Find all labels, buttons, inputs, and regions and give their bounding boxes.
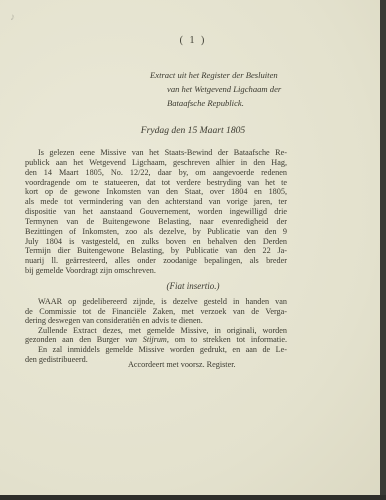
text-line: dering deswegen van consideratiën en adv…	[25, 316, 287, 326]
text-line: de Commissie tot de Financiële Zaken, me…	[25, 307, 287, 317]
text-line: kort op de gewone Inkomsten van den Staa…	[25, 187, 287, 197]
text-line: voordragende om te statueeren, dat tot v…	[25, 178, 287, 188]
text-line: den 14 Maart 1805, No. 12/22, daar by, o…	[25, 168, 287, 178]
text-line: nuarij ll. geärresteerd, alles onder zoo…	[25, 256, 287, 266]
text-line: WAAR op gedelibereerd zijnde, is dezelve…	[25, 297, 287, 307]
text-line: July 1804 is vastgesteld, en zulks boven…	[25, 237, 287, 247]
fiat-insertio: (Fiat insertio.)	[0, 281, 386, 291]
heading-line: van het Wetgevend Ligchaam der	[150, 82, 330, 96]
text-line: als mede tot vermindering van den achter…	[25, 197, 287, 207]
text-fragment: , om to strekken tot informatie.	[167, 335, 287, 344]
heading-line: Bataafsche Republick.	[150, 96, 330, 110]
page-number: ( 1 )	[0, 35, 386, 46]
text-line: Bezittingen of Inkomsten, zoo als dezelv…	[25, 227, 287, 237]
text-line: Termijn dier Buitengewone Belasting, by …	[25, 246, 287, 256]
margin-mark: ♪	[10, 12, 15, 23]
document-heading: Extract uit het Register der Besluiten v…	[150, 68, 330, 110]
text-line: En zal inmiddels gemelde Missive worden …	[25, 345, 287, 355]
text-line: Is gelezen eene Missive van het Staats-B…	[25, 148, 287, 158]
document-page: ♪ ( 1 ) Extract uit het Register der Bes…	[0, 0, 382, 497]
resolution-paragraphs: WAAR op gedelibereerd zijnde, is dezelve…	[25, 297, 287, 364]
closing-attestation: Accordeert met voorsz. Register.	[128, 360, 236, 369]
heading-line: Extract uit het Register der Besluiten	[150, 68, 330, 82]
text-line: bij gemelde Voordragt zijn omschreven.	[25, 266, 287, 276]
text-line: Zullende Extract dezes, met gemelde Miss…	[25, 326, 287, 336]
date-line: Frydag den 15 Maart 1805	[0, 125, 386, 136]
scan-edge-bottom	[0, 495, 386, 500]
text-line: dispositie van het aanstaand Gouvernemen…	[25, 207, 287, 217]
scan-edge-right	[380, 0, 386, 500]
person-name: van Stijrum	[125, 335, 167, 344]
paragraph-missive: Is gelezen eene Missive van het Staats-B…	[25, 148, 287, 276]
text-line: gezonden aan den Burger van Stijrum, om …	[25, 335, 287, 345]
text-fragment: gezonden aan den Burger	[25, 335, 125, 344]
text-line: publick aan het Wetgevend Ligchaam, gesc…	[25, 158, 287, 168]
text-line: Termynen van de Buitengewone Belasting, …	[25, 217, 287, 227]
